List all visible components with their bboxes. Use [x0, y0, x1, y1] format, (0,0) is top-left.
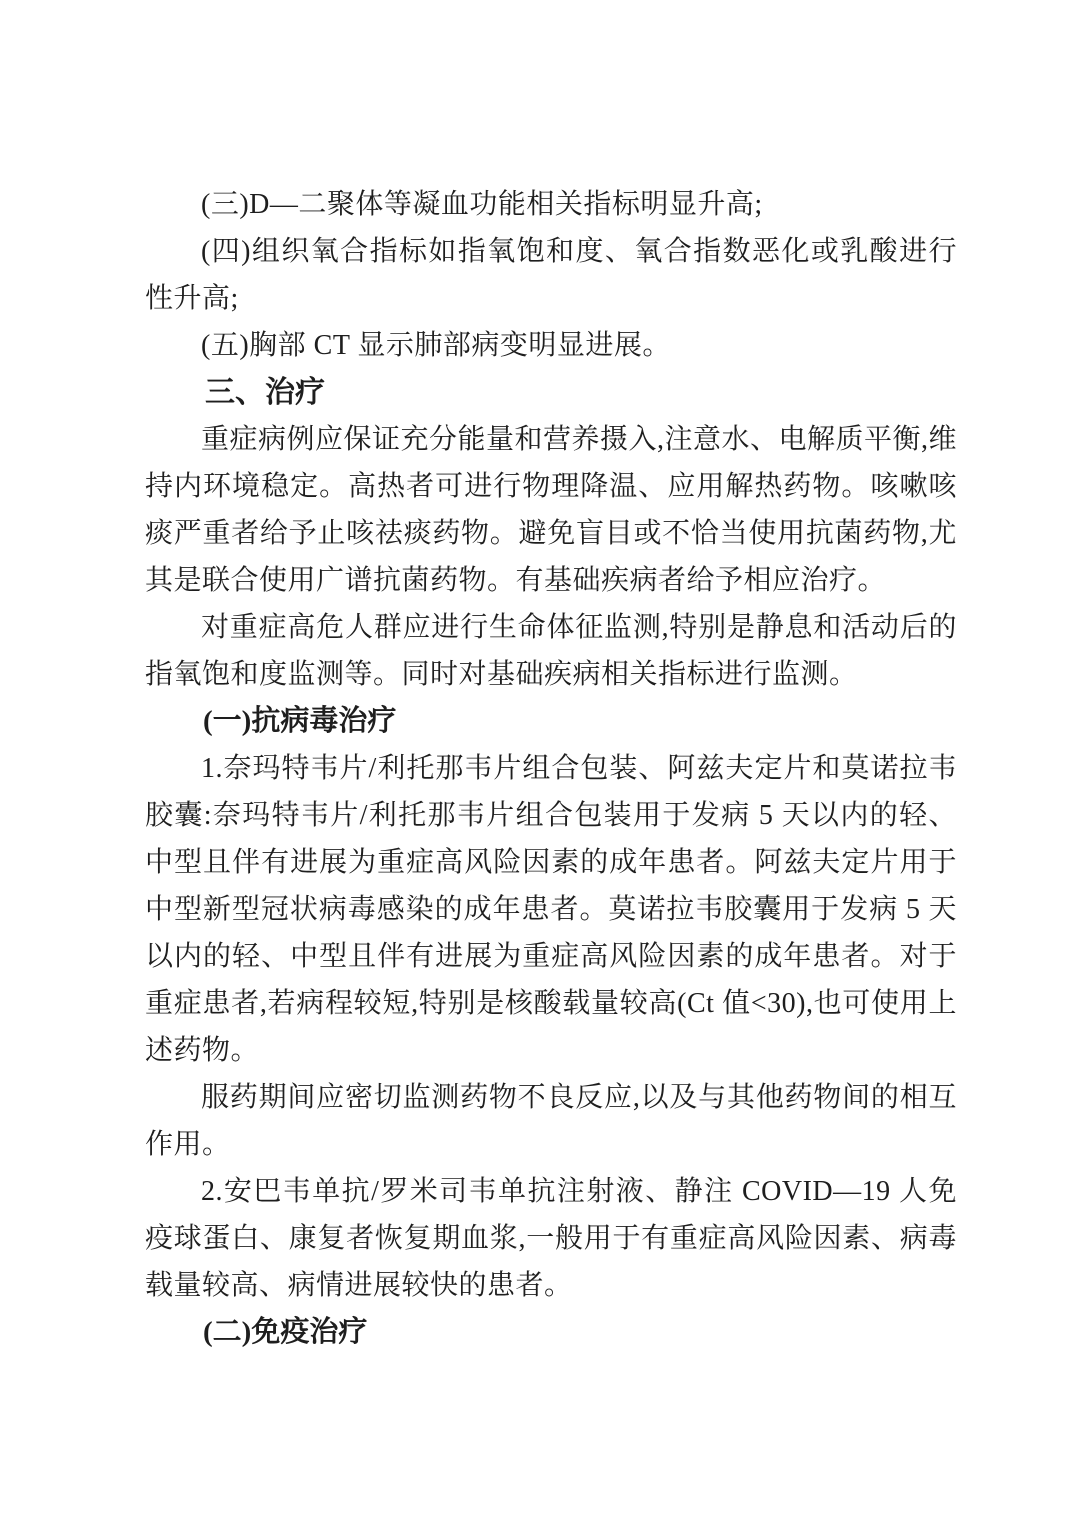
document-text-block: (三)D—二聚体等凝血功能相关指标明显升高;(四)组织氧合指标如指氧饱和度、氧合… [145, 181, 957, 1356]
item-5-chest-ct: (五)胸部 CT 显示肺部病变明显进展。 [145, 322, 957, 369]
para-antibody-therapy: 2.安巴韦单抗/罗米司韦单抗注射液、静注 COVID—19 人免疫球蛋白、康复者… [145, 1168, 957, 1309]
subsection-1-antiviral: (一)抗病毒治疗 [145, 698, 957, 745]
para-antiviral-drugs: 1.奈玛特韦片/利托那韦片组合包装、阿兹夫定片和莫诺拉韦胶囊:奈玛特韦片/利托那… [145, 745, 957, 1074]
para-adverse-reactions: 服药期间应密切监测药物不良反应,以及与其他药物间的相互作用。 [145, 1074, 957, 1168]
section-3-treatment: 三、治疗 [145, 369, 957, 416]
document-page: (三)D—二聚体等凝血功能相关指标明显升高;(四)组织氧合指标如指氧饱和度、氧合… [0, 0, 1080, 1528]
item-4-oxygenation: (四)组织氧合指标如指氧饱和度、氧合指数恶化或乳酸进行性升高; [145, 228, 957, 322]
para-vital-monitoring: 对重症高危人群应进行生命体征监测,特别是静息和活动后的指氧饱和度监测等。同时对基… [145, 604, 957, 698]
para-general-treatment: 重症病例应保证充分能量和营养摄入,注意水、电解质平衡,维持内环境稳定。高热者可进… [145, 416, 957, 604]
item-3-d-dimer: (三)D—二聚体等凝血功能相关指标明显升高; [145, 181, 957, 228]
subsection-2-immunotherapy: (二)免疫治疗 [145, 1309, 957, 1356]
